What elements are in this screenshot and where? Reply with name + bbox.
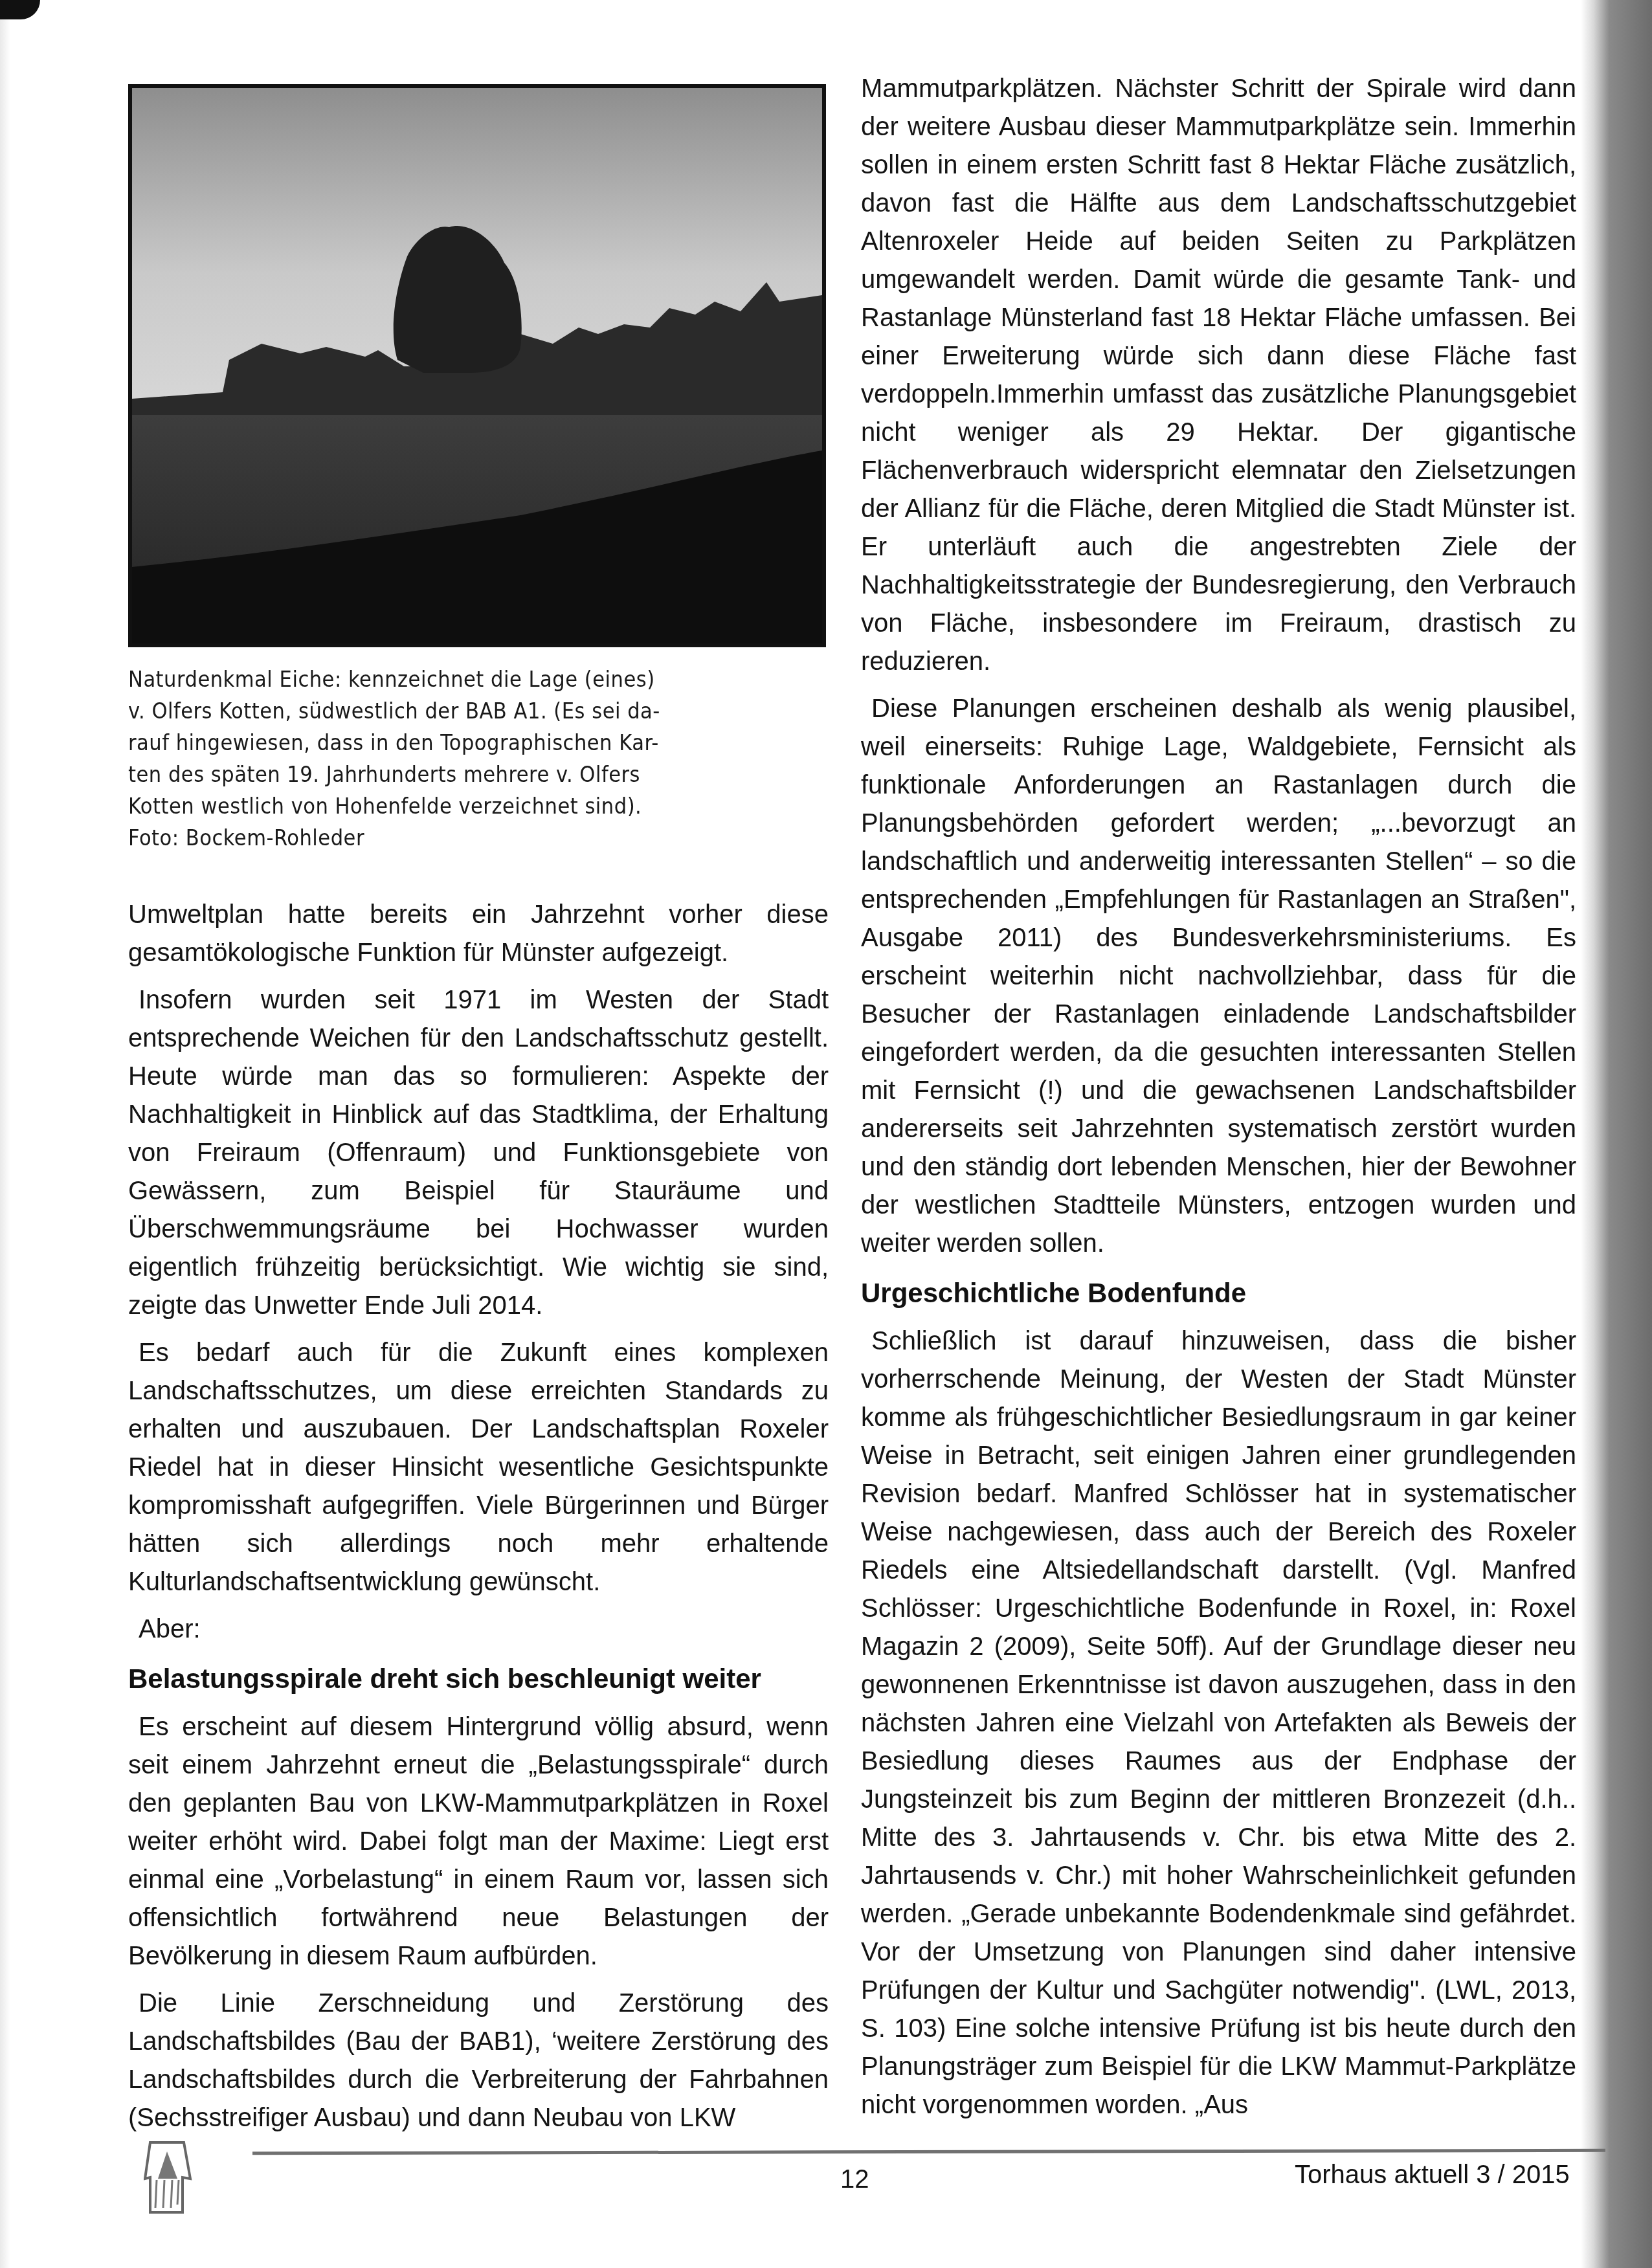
page-number: 12 [840, 2165, 869, 2194]
publication-info: Torhaus aktuell 3 / 2015 [1295, 2161, 1570, 2190]
section-heading: Belastungsspirale dreht sich beschleunig… [128, 1662, 829, 1696]
right-article-text: Mammutparkplätzen. Nächster Schritt der … [861, 70, 1576, 2124]
paragraph: Mammutparkplätzen. Nächster Schritt der … [861, 70, 1576, 681]
left-column: Naturdenkmal Eiche: kennzeichnet die Lag… [128, 84, 829, 2146]
paragraph: Diese Planungen erscheinen deshalb als w… [861, 690, 1576, 1263]
paragraph: Es erscheint auf diesem Hintergrund völl… [128, 1708, 829, 1975]
paragraph: Aber: [128, 1610, 829, 1649]
caption-line: v. Olfers Kotten, südwestlich der BAB A1… [128, 696, 829, 728]
section-heading: Urgeschichtliche Bodenfunde [861, 1276, 1576, 1311]
photo-caption: Naturdenkmal Eiche: kennzeichnet die Lag… [128, 664, 829, 854]
footer-divider [252, 2149, 1605, 2155]
paragraph: Schließlich ist darauf hinzuweisen, dass… [861, 1322, 1576, 2124]
right-column: Mammutparkplätzen. Nächster Schritt der … [861, 70, 1576, 2133]
page-left-edge [0, 19, 10, 2268]
photo-credit: Foto: Bockem-Rohleder [128, 823, 829, 854]
caption-line: Kotten westlich von Hohenfelde verzeichn… [128, 791, 829, 823]
left-article-text: Umweltplan hatte bereits ein Jahrzehnt v… [128, 896, 829, 2137]
torhaus-house-icon [144, 2140, 194, 2218]
paragraph: Insofern wurden seit 1971 im Westen der … [128, 981, 829, 1325]
oak-tree-photo [128, 84, 826, 647]
paragraph: Umweltplan hatte bereits ein Jahrzehnt v… [128, 896, 829, 972]
caption-line: rauf hingewiesen, dass in den Topographi… [128, 728, 829, 759]
paragraph: Es bedarf auch für die Zukunft eines kom… [128, 1334, 829, 1601]
page-gutter-shadow [1581, 0, 1652, 2268]
landscape-image-icon [132, 88, 822, 643]
caption-line: ten des späten 19. Jahrhunderts mehrere … [128, 759, 829, 791]
caption-line: Naturdenkmal Eiche: kennzeichnet die Lag… [128, 664, 829, 696]
scan-corner-mark [0, 0, 40, 19]
paragraph: Die Linie Zerschneidung und Zerstörung d… [128, 1984, 829, 2137]
